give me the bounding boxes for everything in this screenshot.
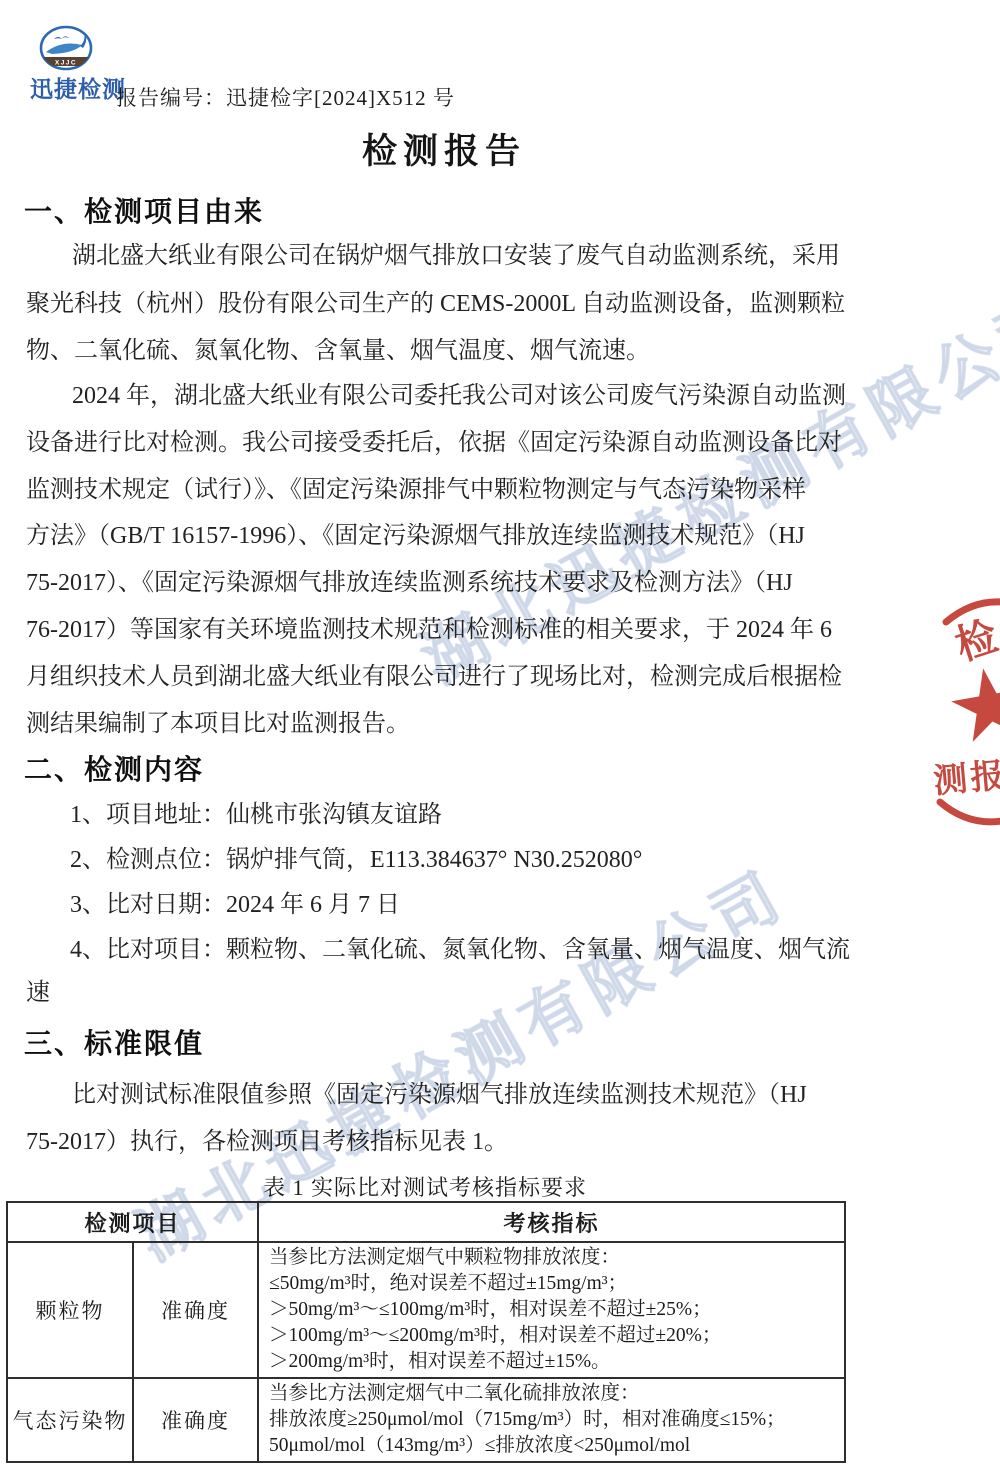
cell-item: 气态污染物 <box>7 1378 133 1462</box>
logo-abbr-text: XJJC <box>55 60 77 67</box>
paragraph-commission: 2024 年，湖北盛大纸业有限公司委托我公司对该公司废气污染源自动监测 设备进行… <box>26 373 864 747</box>
text-line: 物、二氧化硫、氮氧化物、含氧量、烟气温度、烟气流速。 <box>26 328 864 376</box>
column-header-item: 检测项目 <box>7 1202 258 1242</box>
list-item-parameters-continuation: 速 <box>26 971 864 1016</box>
text-line: 方法》（GB/T 16157-1996）、《固定污染源烟气排放连续监测技术规范》… <box>26 513 864 560</box>
document-title: 检测报告 <box>26 124 862 174</box>
criteria-line: 排放浓度≥250μmol/mol（715mg/m³）时，相对准确度≤15%； <box>269 1407 838 1433</box>
section-3-heading: 三、标准限值 <box>24 1022 204 1062</box>
text-line: 监测技术规定（试行）》、《固定污染源排气中颗粒物测定与气态污染物采样 <box>26 467 864 514</box>
cell-criteria: 当参比方法测定烟气中二氧化硫排放浓度： 排放浓度≥250μmol/mol（715… <box>258 1378 845 1462</box>
scanned-report-page: 湖北迅捷检测有限公司 湖北迅捷检测有限公司 XJJC 迅捷检测 报告编号：迅捷检… <box>0 0 1000 1464</box>
cell-item: 颗粒物 <box>7 1242 133 1378</box>
paragraph-standard-limits: 比对测试标准限值参照《固定污染源烟气排放连续监测技术规范》（HJ 75-2017… <box>26 1072 864 1165</box>
criteria-line: ＞100mg/m³～≤200mg/m³时，相对误差不超过±20%； <box>269 1323 838 1349</box>
text-line: 2024 年，湖北盛大纸业有限公司委托我公司对该公司废气污染源自动监测 <box>26 373 864 420</box>
text-line: 76-2017）等国家有关环境监测技术规范和检测标准的相关要求，于 2024 年… <box>26 607 864 654</box>
paragraph-project-origin: 湖北盛大纸业有限公司在锅炉烟气排放口安装了废气自动监测系统，采用 聚光科技（杭州… <box>26 233 864 376</box>
column-header-criteria: 考核指标 <box>258 1202 845 1242</box>
criteria-line: ≤50mg/m³时，绝对误差不超过±15mg/m³； <box>269 1271 838 1297</box>
text-line: 月组织技术人员到湖北盛大纸业有限公司进行了现场比对，检测完成后根据检 <box>26 654 864 701</box>
cell-criteria: 当参比方法测定烟气中颗粒物排放浓度： ≤50mg/m³时，绝对误差不超过±15m… <box>258 1242 845 1378</box>
assessment-criteria-table: 检测项目 考核指标 颗粒物 准确度 当参比方法测定烟气中颗粒物排放浓度： ≤50… <box>6 1201 846 1463</box>
company-logo-icon: XJJC <box>38 24 94 74</box>
table-row-particulate: 颗粒物 准确度 当参比方法测定烟气中颗粒物排放浓度： ≤50mg/m³时，绝对误… <box>7 1242 845 1378</box>
cell-sub: 准确度 <box>133 1242 258 1378</box>
list-item-date: 3、比对日期：2024 年 6 月 7 日 <box>26 883 864 928</box>
cell-sub: 准确度 <box>133 1378 258 1462</box>
table-header-row: 检测项目 考核指标 <box>7 1202 845 1242</box>
criteria-line: ＞50mg/m³～≤100mg/m³时，相对误差不超过±25%； <box>269 1297 838 1323</box>
text-line: 聚光科技（杭州）股份有限公司生产的 CEMS-2000L 自动监测设备，监测颗粒 <box>26 281 864 329</box>
section-1-heading: 一、检测项目由来 <box>24 190 264 230</box>
section-2-heading: 二、检测内容 <box>24 748 204 788</box>
text-line: 速 <box>26 971 864 1016</box>
list-item-location: 2、检测点位：锅炉排气筒，E113.384637° N30.252080° <box>26 838 864 883</box>
stamp-bottom-text: 测报告 <box>931 744 1000 802</box>
criteria-line: ＞200mg/m³时，相对误差不超过±15%。 <box>269 1349 838 1375</box>
text-line: 测结果编制了本项目比对监测报告。 <box>26 701 864 748</box>
detection-content-list: 1、项目地址：仙桃市张沟镇友谊路 2、检测点位：锅炉排气筒，E113.38463… <box>26 793 864 973</box>
list-item-parameters: 4、比对项目：颗粒物、二氧化硫、氮氧化物、含氧量、烟气温度、烟气流 <box>26 928 864 973</box>
text-line: 75-2017）、《固定污染源烟气排放连续监测系统技术要求及检测方法》（HJ <box>26 560 864 607</box>
criteria-line: 当参比方法测定烟气中颗粒物排放浓度： <box>269 1245 838 1271</box>
text-line: 设备进行比对检测。我公司接受委托后，依据《固定污染源自动监测设备比对 <box>26 420 864 467</box>
table-row-gaseous: 气态污染物 准确度 当参比方法测定烟气中二氧化硫排放浓度： 排放浓度≥250μm… <box>7 1378 845 1462</box>
text-line: 湖北盛大纸业有限公司在锅炉烟气排放口安装了废气自动监测系统，采用 <box>26 233 864 281</box>
text-line: 75-2017）执行，各检测项目考核指标见表 1。 <box>26 1119 864 1166</box>
criteria-line: 50μmol/mol（143mg/m³）≤排放浓度<250μmol/mol <box>269 1433 838 1459</box>
logo-wordmark: 迅捷检测 <box>28 71 128 104</box>
criteria-line: 当参比方法测定烟气中二氧化硫排放浓度： <box>269 1381 838 1407</box>
list-item-address: 1、项目地址：仙桃市张沟镇友谊路 <box>26 793 864 838</box>
table-caption: 表 1 实际比对测试考核指标要求 <box>6 1171 844 1202</box>
text-line: 比对测试标准限值参照《固定污染源烟气排放连续监测技术规范》（HJ <box>26 1072 864 1119</box>
report-number: 报告编号：迅捷检字[2024]X512 号 <box>116 82 455 112</box>
